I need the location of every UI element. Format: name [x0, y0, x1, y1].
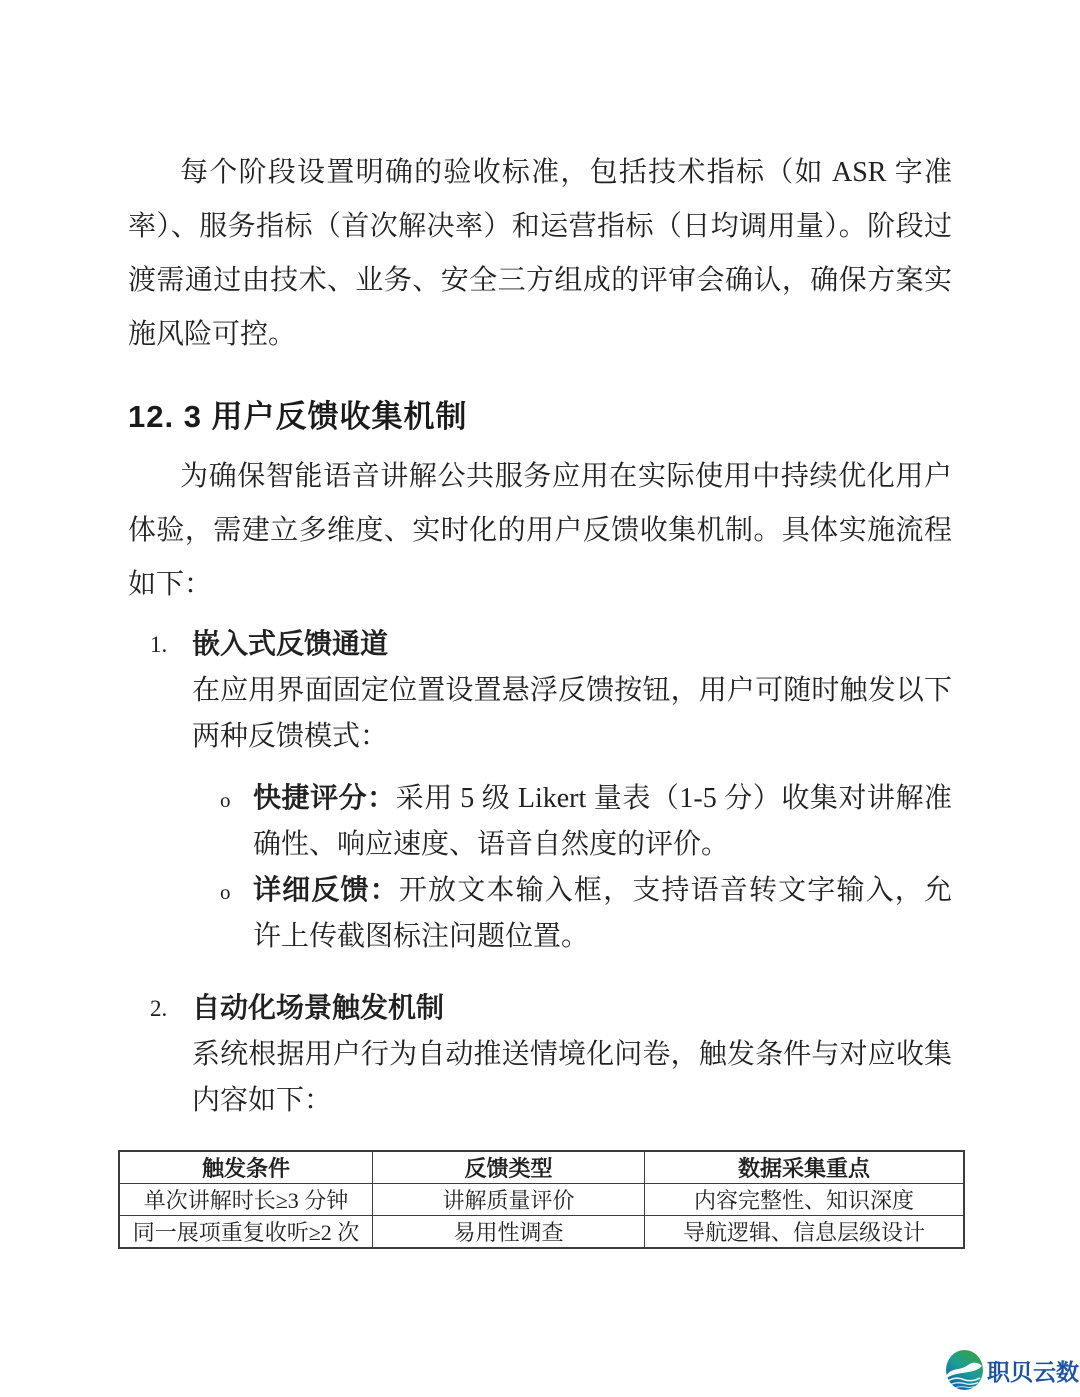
document-body: 每个阶段设置明确的验收标准，包括技术指标（如 ASR 字准率）、服务指标（首次解…	[128, 146, 952, 1249]
feedback-trigger-table: 触发条件 反馈类型 数据采集重点 单次讲解时长≥3 分钟 讲解质量评价 内容完整…	[118, 1150, 965, 1249]
table-cell: 讲解质量评价	[373, 1184, 645, 1216]
list-item-auto-trigger: 2. 自动化场景触发机制 系统根据用户行为自动推送情境化问卷，触发条件与对应收集…	[128, 986, 952, 1124]
table-header-feedback-type: 反馈类型	[373, 1151, 645, 1184]
paragraph-feedback-intro: 为确保智能语音讲解公共服务应用在实际使用中持续优化用户体验，需建立多维度、实时化…	[128, 450, 952, 612]
table-header-row: 触发条件 反馈类型 数据采集重点	[119, 1151, 964, 1184]
wave-globe-logo-icon	[945, 1349, 984, 1391]
bullet-item-quick-rating: o 快捷评分：采用 5 级 Likert 量表（1-5 分）收集对讲解准确性、响…	[192, 776, 952, 868]
paragraph-acceptance-criteria: 每个阶段设置明确的验收标准，包括技术指标（如 ASR 字准率）、服务指标（首次解…	[128, 146, 952, 362]
list-item-embedded-feedback: 1. 嵌入式反馈通道 在应用界面固定位置设置悬浮反馈按钮，用户可随时触发以下两种…	[128, 622, 952, 960]
table-row: 同一展项重复收听≥2 次 易用性调查 导航逻辑、信息层级设计	[119, 1216, 964, 1249]
list-item-number: 2.	[150, 986, 167, 1032]
table-cell: 内容完整性、知识深度	[645, 1184, 964, 1216]
ordered-list: 1. 嵌入式反馈通道 在应用界面固定位置设置悬浮反馈按钮，用户可随时触发以下两种…	[128, 622, 952, 1124]
table-row: 单次讲解时长≥3 分钟 讲解质量评价 内容完整性、知识深度	[119, 1184, 964, 1216]
brand-logo: 职贝云数	[945, 1349, 1079, 1391]
list-item-title: 嵌入式反馈通道	[192, 622, 952, 668]
bullet-item-detailed-feedback: o 详细反馈：开放文本输入框，支持语音转文字输入，允许上传截图标注问题位置。	[192, 868, 952, 960]
list-item-body: 系统根据用户行为自动推送情境化问卷，触发条件与对应收集内容如下：	[192, 1032, 952, 1124]
brand-name: 职贝云数	[987, 1354, 1079, 1387]
table-cell: 单次讲解时长≥3 分钟	[119, 1184, 373, 1216]
bullet-marker-icon: o	[220, 777, 231, 823]
bullet-marker-icon: o	[220, 869, 231, 915]
list-item-title: 自动化场景触发机制	[192, 986, 952, 1032]
bullet-label: 快捷评分：	[253, 783, 396, 814]
bullet-list: o 快捷评分：采用 5 级 Likert 量表（1-5 分）收集对讲解准确性、响…	[192, 776, 952, 960]
list-item-body: 在应用界面固定位置设置悬浮反馈按钮，用户可随时触发以下两种反馈模式：	[192, 668, 952, 760]
table-header-data-focus: 数据采集重点	[645, 1151, 964, 1184]
document-page: 每个阶段设置明确的验收标准，包括技术指标（如 ASR 字准率）、服务指标（首次解…	[0, 0, 1080, 1397]
table-cell: 同一展项重复收听≥2 次	[119, 1216, 373, 1249]
list-item-number: 1.	[150, 622, 167, 668]
bullet-label: 详细反馈：	[253, 875, 399, 906]
table-cell: 易用性调查	[373, 1216, 645, 1249]
section-heading-12-3: 12. 3 用户反馈收集机制	[128, 388, 952, 446]
table-cell: 导航逻辑、信息层级设计	[645, 1216, 964, 1249]
table-header-trigger-condition: 触发条件	[119, 1151, 373, 1184]
